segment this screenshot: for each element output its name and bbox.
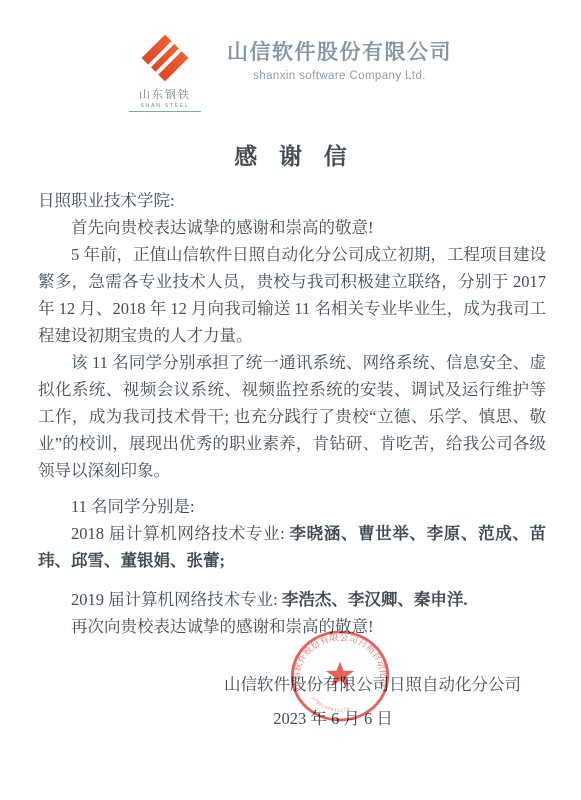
letter-body: 日照职业技术学院: 首先向贵校表达诚挚的感谢和崇高的敬意! 5 年前，正值山信软… (0, 187, 581, 640)
company-name-cn: 山信软件股份有限公司 (227, 36, 452, 66)
paragraph-opening: 首先向贵校表达诚挚的感谢和崇高的敬意! (38, 214, 546, 241)
signature-date: 2023 年 6 月 6 日 (0, 705, 581, 729)
class-2018-line: 2018 届计算机网络技术专业: 李晓涵、曹世举、李原、范成、苗玮、邱雪、董银娟… (38, 520, 546, 574)
class-2019-names: 李浩杰、李汉卿、秦申洋. (282, 590, 468, 609)
paragraph-achievements: 该 11 名同学分别承担了统一通讯系统、网络系统、信息安全、虚拟化系统、视频会议… (38, 349, 546, 484)
class-2018-label: 2018 届计算机网络技术专业: (71, 524, 290, 543)
closing-line: 再次向贵校表达诚挚的感谢和崇高的敬意! (38, 613, 546, 640)
paragraph-list-intro: 11 名同学分别是: (38, 493, 546, 520)
paragraph-history: 5 年前，正值山信软件日照自动化分公司成立初期，工程项目建设繁多，急需各专业技术… (38, 241, 546, 349)
class-2019-label: 2019 届计算机网络技术专业: (71, 590, 282, 609)
salutation: 日照职业技术学院: (38, 187, 546, 214)
letter-title: 感 谢 信 (0, 138, 581, 171)
class-2019-line: 2019 届计算机网络技术专业: 李浩杰、李汉卿、秦申洋. (38, 586, 546, 613)
shansteel-diamond-icon (139, 32, 191, 84)
brand-name-en: SHAN STEEL (129, 103, 201, 112)
thank-you-letter-page: 山东钢铁 SHAN STEEL 山信软件股份有限公司 shanxin softw… (0, 0, 581, 800)
shansteel-logo: 山东钢铁 SHAN STEEL (129, 32, 201, 112)
company-name-en: shanxin software Company Ltd. (227, 70, 452, 82)
company-header: 山东钢铁 SHAN STEEL 山信软件股份有限公司 shanxin softw… (0, 0, 581, 112)
company-name-block: 山信软件股份有限公司 shanxin software Company Ltd. (227, 36, 452, 82)
signature-company: 山信软件股份有限公司日照自动化分公司 (0, 671, 581, 695)
brand-name-cn: 山东钢铁 (129, 86, 201, 102)
